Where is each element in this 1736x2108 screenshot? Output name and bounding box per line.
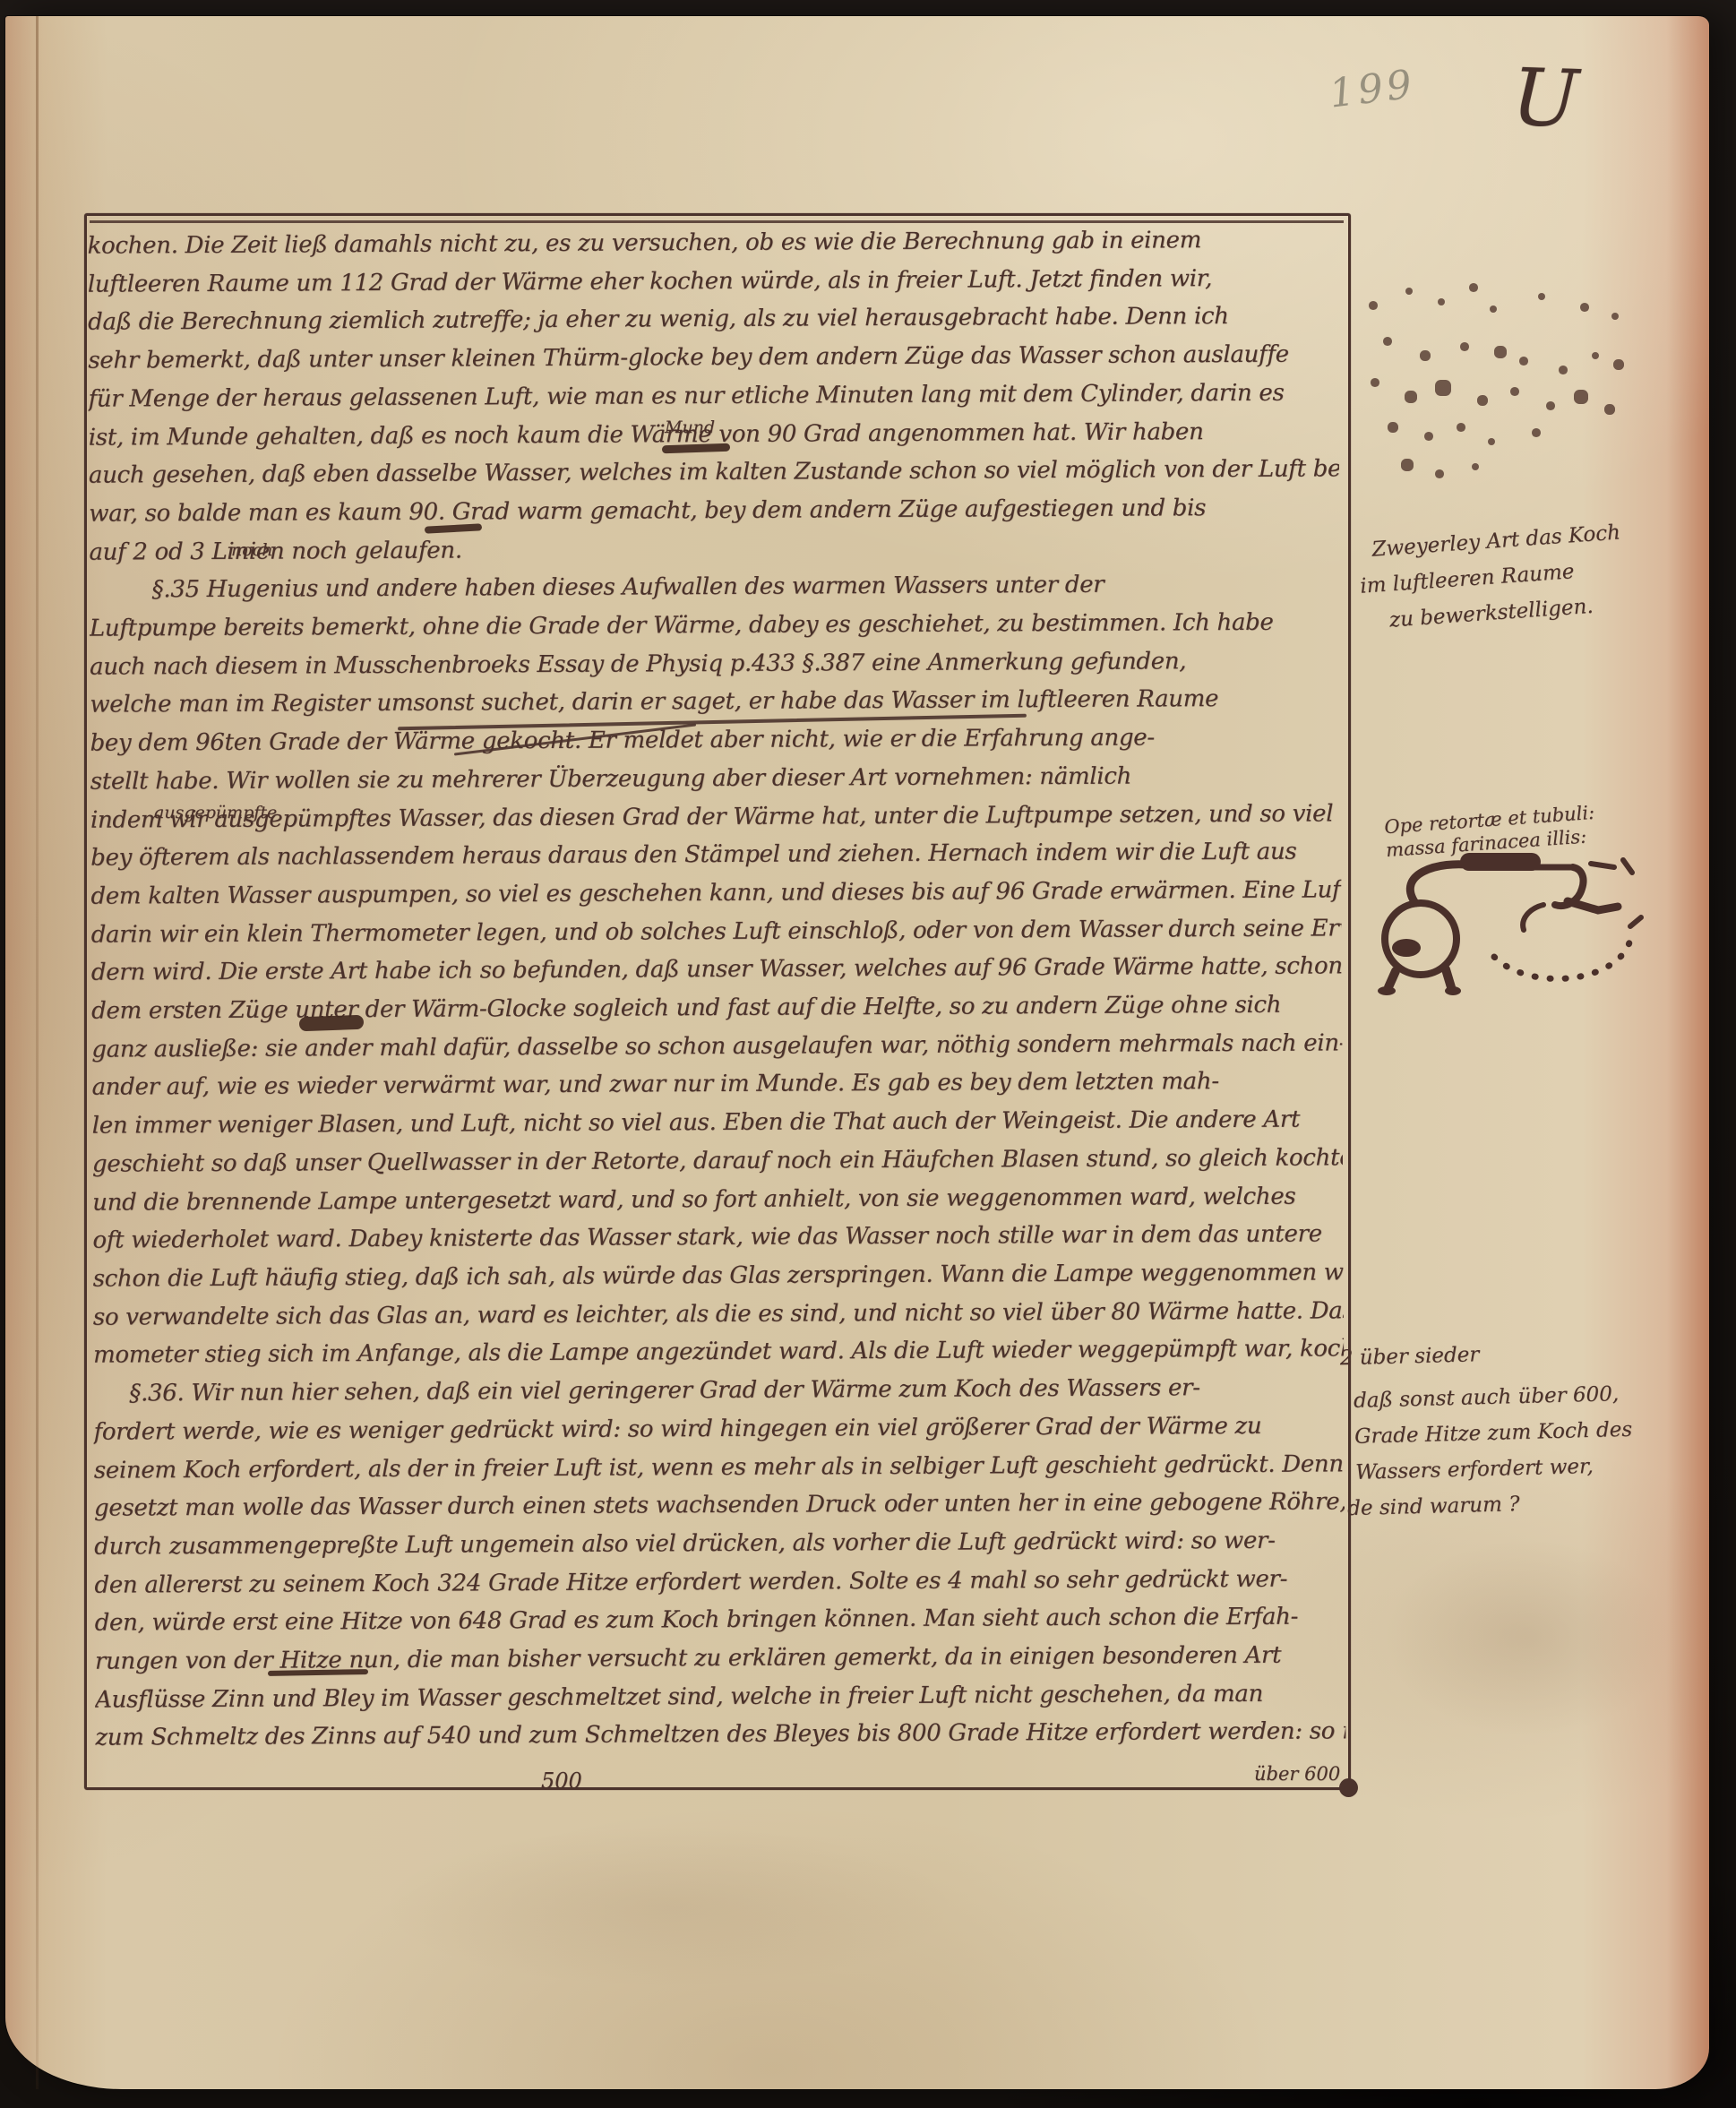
foot-blob-left	[1378, 986, 1396, 995]
manuscript-line: darin wir ein klein Thermometer legen, u…	[91, 909, 1342, 954]
manuscript-line: geschieht so daß unser Quellwasser in de…	[92, 1139, 1343, 1183]
manuscript-line: indem wir ausgepümpftes Wasser, das dies…	[90, 795, 1341, 839]
manuscript-line: auch nach diesem in Musschenbroeks Essay…	[90, 641, 1340, 686]
manuscript-line: fordert werde, wie es weniger gedrückt w…	[93, 1407, 1344, 1451]
manuscript-line: welche man im Register umsonst suchet, d…	[90, 680, 1340, 725]
receiver-body	[1523, 905, 1543, 930]
side-marks	[1591, 860, 1632, 873]
bleedthrough-smudge	[1385, 1539, 1672, 1736]
interlinear-insert: ausgepümpfte	[154, 803, 277, 822]
gathering-mark: U	[1510, 51, 1580, 146]
manuscript-line: war, so balde man es kaum 90. Grad warm …	[89, 488, 1339, 533]
manuscript-line: dem kalten Wasser auspumpen, so viel es …	[90, 871, 1341, 916]
manuscript-line: zum Schmeltz des Zinns auf 540 und zum S…	[95, 1713, 1345, 1758]
manuscript-line: bey dem 96ten Grade der Wärme gekocht. E…	[90, 718, 1340, 762]
gutter-crease	[36, 16, 39, 2089]
manuscript-page: 199 U kochen. Die Zeit ließ damahls nich…	[5, 16, 1709, 2089]
manuscript-line: bey öfterem als nachlassendem heraus dar…	[90, 833, 1341, 878]
interlinear-insert: noch	[231, 540, 273, 560]
retort-sketch	[1360, 848, 1664, 1009]
bulb-foot-left	[1388, 971, 1396, 987]
manuscript-line: so verwandelte sich das Glas an, ward es…	[93, 1292, 1344, 1337]
retort-bulb	[1385, 903, 1457, 975]
manuscript-line: dern wird. Die erste Art habe ich so bef…	[91, 948, 1342, 993]
interlinear-insert: über 600	[1254, 1763, 1340, 1785]
manuscript-line: §.36. Wir nun hier sehen, daß ein viel g…	[129, 1368, 1344, 1413]
manuscript-line: §.35 Hugenius und andere haben dieses Au…	[152, 565, 1340, 610]
manuscript-line: auf 2 od 3 Linien noch gelaufen.	[89, 527, 1339, 572]
retort-neck	[1410, 865, 1474, 903]
folio-number-pencil: 199	[1327, 61, 1417, 116]
manuscript-line: daß die Berechnung ziemlich zutreffe; ja…	[88, 297, 1338, 342]
bleedthrough-smudge	[382, 1826, 955, 1987]
dotted-vessel-rim	[1630, 917, 1641, 926]
manuscript-line: dem ersten Züge unter der Wärm-Glocke so…	[91, 985, 1342, 1030]
manuscript-line: sehr bemerkt, daß unter unser kleinen Th…	[88, 335, 1338, 380]
interlinear-insert: Mund	[665, 417, 715, 437]
margin-note-heat: 2 über siederdaß sonst auch über 600,Gra…	[1339, 1333, 1634, 1527]
margin-note-line: Wassers erfordert wer,	[1355, 1448, 1634, 1491]
manuscript-line: Luftpumpe bereits bemerkt, ohne die Grad…	[90, 603, 1340, 648]
receiver-base	[1568, 901, 1618, 910]
manuscript-line: kochen. Die Zeit ließ damahls nicht zu, …	[88, 220, 1338, 265]
margin-note-line: 2 über sieder	[1339, 1333, 1630, 1376]
manuscript-line: Ausflüsse Zinn und Bley im Wasser geschm…	[95, 1674, 1345, 1719]
manuscript-line: gesetzt man wolle das Wasser durch einen…	[94, 1484, 1345, 1528]
manuscript-line: stellt habe. Wir wollen sie zu mehrerer …	[90, 756, 1341, 801]
manuscript-line: und die brennende Lampe untergesetzt war…	[92, 1177, 1343, 1222]
bulb-foot-right	[1446, 969, 1451, 987]
manuscript-line: len immer weniger Blasen, und Luft, nich…	[92, 1101, 1343, 1146]
foot-blob-right	[1445, 986, 1461, 995]
ink-offset-speckles	[1354, 280, 1357, 284]
margin-note-boiling: Zweyerley Art das Kochim luftleeren Raum…	[1371, 514, 1627, 639]
manuscript-line: den, würde erst eine Hitze von 648 Grad …	[95, 1598, 1345, 1643]
interlinear-insert: 500	[541, 1768, 582, 1794]
manuscript-line: auch gesehen, daß eben dasselbe Wasser, …	[89, 451, 1339, 495]
manuscript-line: den allererst zu seinem Koch 324 Grade H…	[94, 1560, 1345, 1605]
ink-blot	[299, 1015, 365, 1032]
manuscript-line: ander auf, wie es wieder verwärmt war, u…	[91, 1063, 1342, 1107]
ink-blob	[1392, 939, 1421, 957]
margin-note-line: de sind warum ?	[1347, 1484, 1635, 1527]
manuscript-line: mometer stieg sich im Anfange, als die L…	[93, 1330, 1344, 1375]
manuscript-line: ganz ausließe: sie ander mahl dafür, das…	[91, 1024, 1342, 1069]
manuscript-line: luftleeren Raume um 112 Grad der Wärme e…	[88, 259, 1338, 304]
manuscript-line: schon die Luft häufig stieg, daß ich sah…	[93, 1253, 1344, 1298]
dotted-vessel	[1494, 939, 1630, 978]
manuscript-text: kochen. Die Zeit ließ damahls nicht zu, …	[88, 220, 1346, 1764]
book-scan: 199 U kochen. Die Zeit ließ damahls nich…	[0, 0, 1736, 2108]
manuscript-line: oft wiederholet ward. Dabey knisterte da…	[92, 1216, 1343, 1260]
manuscript-line: seinem Koch erfordert, als der in freier…	[94, 1445, 1345, 1490]
manuscript-line: für Menge der heraus gelassenen Luft, wi…	[88, 374, 1338, 418]
manuscript-line: durch zusammengepreßte Luft ungemein als…	[94, 1521, 1345, 1566]
